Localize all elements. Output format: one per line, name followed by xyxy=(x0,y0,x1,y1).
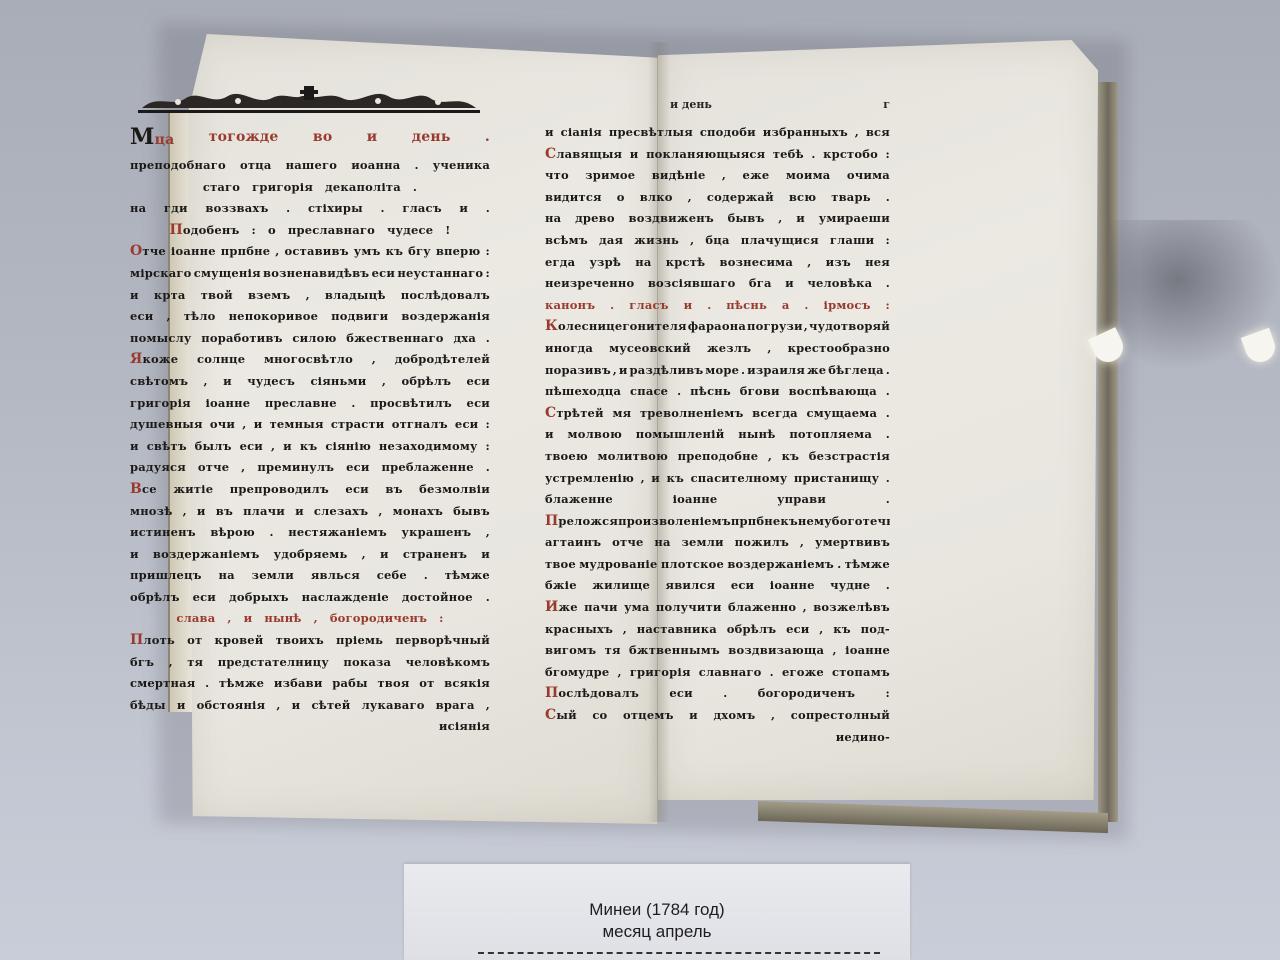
word: . xyxy=(886,403,890,425)
word: . xyxy=(811,144,815,166)
text-line: еси,тѣлонепокоривоеподвигивоздержанія xyxy=(130,306,490,328)
word: : xyxy=(486,263,490,285)
text-line: Колесницегонителяфараонапогрузи,чудотвор… xyxy=(545,316,890,338)
text-line: иногдамусеовскийжезлъ,крестообразно xyxy=(545,338,890,360)
word: явился xyxy=(666,575,716,597)
word: пресвѣтлыя xyxy=(609,122,693,144)
text-line: Канонъ.гласъи.Пѣсньа.ірмосъ: xyxy=(545,295,890,317)
text-line: Всежитіепрепроводилъесивъбезмолвіи xyxy=(130,479,490,501)
word: житіе xyxy=(173,479,213,501)
word: море xyxy=(705,360,739,382)
word: Крстобо xyxy=(823,144,878,166)
word: содержай xyxy=(707,187,774,209)
word: темныя xyxy=(270,414,324,436)
word: неустаннаго xyxy=(397,263,483,285)
word: . xyxy=(886,424,890,446)
word: обстоянія xyxy=(197,695,266,717)
word: богородиченъ xyxy=(330,608,427,630)
word: вперю xyxy=(436,241,481,263)
word: Мца xyxy=(130,122,174,155)
word: ірмосъ xyxy=(824,295,871,317)
word: отче xyxy=(198,457,229,479)
word: чудне xyxy=(830,575,870,597)
word: іоанне xyxy=(171,241,216,263)
word: , xyxy=(275,241,279,263)
word: плачи xyxy=(243,501,285,523)
word: преславнаго xyxy=(288,220,375,242)
word: славящыя xyxy=(545,144,622,166)
word: врага xyxy=(436,695,475,717)
word: и xyxy=(283,436,292,458)
word: и xyxy=(481,544,490,566)
word: незаходимому xyxy=(379,436,478,458)
word: сіянію xyxy=(325,436,371,458)
word: и xyxy=(836,727,845,749)
word: получити xyxy=(656,597,722,619)
word: жезлъ xyxy=(707,338,751,360)
word: помышленій xyxy=(636,424,725,446)
text-line: Мцатогождевоидень. xyxy=(130,122,490,155)
word: стіхиры xyxy=(308,198,363,220)
word: вигомъ xyxy=(545,640,596,662)
word: . xyxy=(707,295,711,317)
text-line: Подобенъ:Опреславнагочудесе! xyxy=(130,220,490,242)
word: Пѣснь xyxy=(726,295,767,317)
folio-number: г xyxy=(883,98,890,111)
word: прпбне xyxy=(731,511,780,533)
word: возсіявшаго xyxy=(648,273,736,295)
word: стаго xyxy=(203,177,240,199)
word: . xyxy=(205,673,209,695)
word: радуяся xyxy=(130,457,186,479)
word: многосвѣтло xyxy=(264,349,353,371)
text-line: надревовоздвиженъбывъ,иумираеши xyxy=(545,208,890,230)
word: и xyxy=(651,468,660,490)
word: неизреченно xyxy=(545,273,634,295)
text-line: исіянія xyxy=(130,716,490,738)
word: Иже xyxy=(545,597,578,619)
word: и xyxy=(130,544,139,566)
word: бывъ xyxy=(728,208,765,230)
word: : xyxy=(485,241,489,263)
word: Подобенъ xyxy=(169,220,239,242)
word: погрузи xyxy=(747,316,803,338)
word: бѣглеца xyxy=(828,360,884,382)
word: твоя xyxy=(377,673,409,695)
word: твое xyxy=(545,554,576,576)
word: владыцѣ xyxy=(325,285,386,307)
word: видится xyxy=(545,187,602,209)
word: стопамъ xyxy=(832,662,890,684)
word: : xyxy=(439,608,443,630)
word: и xyxy=(295,501,304,523)
word: всѣмъ xyxy=(545,230,588,252)
word: покланяющыяся xyxy=(646,144,765,166)
text-line: поразивъ,ираздѣливъморе.израиляжебѣглеца… xyxy=(545,360,890,382)
word: слезахъ xyxy=(314,501,368,523)
word: рабы xyxy=(332,673,368,695)
word: предстателницу xyxy=(218,652,329,674)
word: гласъ xyxy=(629,295,668,317)
word: и xyxy=(367,122,378,155)
word: . xyxy=(677,381,681,403)
word: потопляема xyxy=(789,424,872,446)
word: сіяньми xyxy=(310,371,366,393)
word: . xyxy=(486,328,490,350)
word: мірскаго xyxy=(130,263,191,285)
text-line: твоемудрованіеплотскоевоздержаніемъ.тѣмж… xyxy=(545,554,890,576)
word: декаполіта xyxy=(325,177,401,199)
word: душевныя xyxy=(130,414,203,436)
word: преподобне xyxy=(678,446,759,468)
word: , xyxy=(306,285,310,307)
word: Преподобнаго xyxy=(130,155,226,177)
word: еси xyxy=(346,457,369,479)
word: , xyxy=(169,652,173,674)
word: возжелѣвъ xyxy=(813,597,890,619)
word: . xyxy=(380,198,384,220)
text-line: ивоздержаніемъудобряемь,истраненъи xyxy=(130,544,490,566)
word: , xyxy=(617,662,621,684)
word: къ xyxy=(833,619,851,641)
text-line: вигомътябжтвеннымъвоздвизающа,іоанне xyxy=(545,640,890,662)
text-line: Якожесолнцемногосвѣтло,добродѣтелей xyxy=(130,349,490,371)
text-line: бжіежилищеявилсяесиіоаннечудне. xyxy=(545,575,890,597)
word: узрѣ xyxy=(589,252,621,274)
word: послѣдовалъ xyxy=(545,683,639,705)
word: а xyxy=(782,295,790,317)
word: блаженно xyxy=(728,597,796,619)
word: отцемъ xyxy=(623,705,674,727)
word: умираеши xyxy=(819,208,890,230)
word: Все xyxy=(130,479,157,501)
word: еси xyxy=(731,575,754,597)
word: Богородиченъ xyxy=(758,683,855,705)
word: на xyxy=(545,208,561,230)
word: фараона xyxy=(688,316,746,338)
word: , xyxy=(804,316,808,338)
word: ! xyxy=(445,220,450,242)
text-line: пришлецъназемлиявльсясебе.тѣмже xyxy=(130,565,490,587)
word: еси xyxy=(786,619,809,641)
word: обрѣлъ xyxy=(402,371,452,393)
word: , xyxy=(768,446,772,468)
word: земли xyxy=(252,565,294,587)
word: еси xyxy=(345,479,368,501)
word: преминулъ xyxy=(257,457,334,479)
word: сіанія xyxy=(561,122,602,144)
word: іоанне xyxy=(770,575,815,597)
word: воспѣвающа xyxy=(789,381,877,403)
word: израиля xyxy=(747,360,805,382)
word: бжественнаго xyxy=(346,328,443,350)
text-line: блаженнеіоаннеуправи. xyxy=(545,489,890,511)
word: очима xyxy=(847,165,890,187)
word: , xyxy=(807,252,811,274)
word: . xyxy=(886,187,890,209)
word: препроводилъ xyxy=(230,479,329,501)
word: , xyxy=(688,187,692,209)
word: возненавидѣвъ xyxy=(263,263,369,285)
page-edges-right xyxy=(1098,82,1118,822)
word: свѣтъ xyxy=(147,436,187,458)
word: и xyxy=(244,608,253,630)
word: силою xyxy=(292,328,336,350)
word: , xyxy=(204,371,208,393)
word: добрыхъ xyxy=(229,587,289,609)
word: же xyxy=(807,360,826,382)
word: Плоть xyxy=(130,630,175,652)
word: : xyxy=(252,220,256,242)
word: спасе xyxy=(630,381,668,403)
word: отче xyxy=(612,532,643,554)
text-line: Чтозримоевидѣніе,ежемоимаочима xyxy=(545,165,890,187)
word: бгу xyxy=(408,241,431,263)
word: сподоби xyxy=(700,122,756,144)
word: от xyxy=(187,630,202,652)
word: перворѣчный xyxy=(395,630,490,652)
word: воздержаніемъ xyxy=(727,554,834,576)
dashed-rule xyxy=(478,952,880,954)
word: . xyxy=(486,587,490,609)
word: избранныхъ xyxy=(763,122,848,144)
text-line: Ижепачиумаполучитиблаженно,возжелѣвъ xyxy=(545,597,890,619)
word: умертвивъ xyxy=(815,532,890,554)
word: лукаваго xyxy=(362,695,425,717)
word: человѣкомъ xyxy=(406,652,490,674)
word: въ xyxy=(385,479,402,501)
word: нынѣ xyxy=(264,608,301,630)
word: , xyxy=(241,457,245,479)
word: на xyxy=(654,532,670,554)
word: иногда xyxy=(545,338,593,360)
word: Что xyxy=(545,165,569,187)
word: и xyxy=(684,295,693,317)
word: къ xyxy=(780,511,798,533)
text-line: радуясяотче,преминулъесипреблаженне. xyxy=(130,457,490,479)
word: тѣмже xyxy=(219,673,264,695)
word: и xyxy=(785,273,794,295)
text-line: стагогригоріядекаполіта. xyxy=(130,177,490,199)
word: вознесима xyxy=(720,252,794,274)
word: . xyxy=(886,489,890,511)
text-line: обрѣлъесидобрыхънаслажденіедостойное. xyxy=(130,587,490,609)
text-line: бгъ,тяпредстателницупоказачеловѣкомъ xyxy=(130,652,490,674)
word: , xyxy=(800,532,804,554)
word: и xyxy=(459,198,468,220)
word: еси xyxy=(130,306,153,328)
text-line: устремленію,икъспасителномупристанищу. xyxy=(545,468,890,490)
word: бга xyxy=(749,273,772,295)
word: спасителному xyxy=(691,468,788,490)
word: истиненъ xyxy=(130,522,196,544)
text-line: послѣдовалъеси.Богородиченъ: xyxy=(545,683,890,705)
word: : xyxy=(486,414,490,436)
word: подвиги xyxy=(331,306,388,328)
word: егда xyxy=(545,252,575,274)
word: воззвахъ xyxy=(205,198,268,220)
word: . xyxy=(485,122,490,155)
word: воздержаніемъ xyxy=(153,544,260,566)
word: : xyxy=(486,436,490,458)
word: человѣка xyxy=(807,273,872,295)
word: глаши xyxy=(830,230,875,252)
word: и xyxy=(254,414,263,436)
word: , xyxy=(271,436,275,458)
word: , xyxy=(690,230,694,252)
word: едино- xyxy=(844,727,890,749)
word: дая xyxy=(599,230,623,252)
text-line: мірскагосмущеніявозненавидѣвъесинеустанн… xyxy=(130,263,490,285)
word: . xyxy=(886,360,890,382)
word: . xyxy=(804,295,808,317)
text-line: икртатвойвземъ,владыцѣпослѣдовалъ xyxy=(130,285,490,307)
text-line: НаГдивоззвахъ.стіхиры.гласъи. xyxy=(130,198,490,220)
word: крстѣ xyxy=(666,252,706,274)
word: , xyxy=(641,468,645,490)
word: . xyxy=(413,177,417,199)
word: Отче xyxy=(130,241,166,263)
word: безмолвіи xyxy=(419,479,490,501)
word: еси xyxy=(669,683,692,705)
word: агтаинъ xyxy=(545,532,601,554)
word: . xyxy=(610,295,614,317)
word: воздвиженъ xyxy=(629,208,714,230)
word: и xyxy=(197,501,206,523)
word: , xyxy=(372,349,376,371)
text-line: твоеюмолитвоюпреподобне,къбезстрастія xyxy=(545,446,890,468)
word: всю xyxy=(789,187,816,209)
word: наслажденіе xyxy=(302,587,389,609)
word: тварь xyxy=(831,187,870,209)
word: , xyxy=(833,640,837,662)
word: нему xyxy=(798,511,832,533)
word: смертная xyxy=(130,673,195,695)
word: древо xyxy=(575,208,615,230)
word: , xyxy=(486,522,490,544)
word: блаженне xyxy=(545,489,613,511)
word: твоею xyxy=(545,446,588,468)
text-line: бгомудре,григоріяславнаго.егожестопамъ xyxy=(545,662,890,684)
word: чудесъ xyxy=(247,371,295,393)
word: явлься xyxy=(311,565,360,587)
word: . xyxy=(886,273,890,295)
text-line: видитсяовлко,содержайвсютварь. xyxy=(545,187,890,209)
word: свѣтомъ xyxy=(130,371,188,393)
text-line: егдаузрѣнакрстѣвознесима,изънея xyxy=(545,252,890,274)
word: устремленію xyxy=(545,468,634,490)
word: , xyxy=(613,360,617,382)
word: еси xyxy=(455,414,478,436)
word: послѣдовалъ xyxy=(401,285,490,307)
word: сѣтей xyxy=(311,695,350,717)
word: чудотворяй xyxy=(809,316,890,338)
text-line: Преподобнагоотцанашегоиоанна.ученика xyxy=(130,155,490,177)
word: и xyxy=(380,544,389,566)
word: влко xyxy=(640,187,673,209)
word: . xyxy=(886,381,890,403)
word: . xyxy=(886,468,890,490)
text-line: Стрѣтеймятреволненіемъвсегдасмущаема. xyxy=(545,403,890,425)
word: тѣмже xyxy=(445,565,490,587)
word: Стрѣтей xyxy=(545,403,604,425)
exhibit-title: Минеи (1784 год) xyxy=(404,900,910,920)
exhibit-label-card: Минеи (1784 год) месяц апрель xyxy=(404,864,910,960)
word: бѣды xyxy=(130,695,166,717)
word: украшенъ xyxy=(402,522,472,544)
word: поработивъ xyxy=(201,328,282,350)
word: Колесницегонителя xyxy=(545,316,687,338)
text-line: красныхъ,наставникаобрѣлъеси,къпод- xyxy=(545,619,890,641)
word: На xyxy=(130,198,146,220)
word: очи xyxy=(210,414,235,436)
word: себе xyxy=(377,565,407,587)
word: и xyxy=(439,716,448,738)
word: управи xyxy=(777,489,826,511)
word: , xyxy=(623,619,627,641)
word: , xyxy=(183,501,187,523)
word: , xyxy=(855,122,859,144)
word: со xyxy=(592,705,607,727)
word: пачи xyxy=(584,597,618,619)
word: бца xyxy=(705,230,729,252)
word: еси xyxy=(372,263,395,285)
word: отца xyxy=(240,155,272,177)
word: преблаженне xyxy=(382,457,474,479)
word: на xyxy=(635,252,651,274)
word: мудрованіе xyxy=(579,554,657,576)
word: произволеніемъ xyxy=(618,511,731,533)
word: . xyxy=(770,662,774,684)
word: . xyxy=(486,457,490,479)
word: обрѣлъ xyxy=(130,587,180,609)
text-line: исіаніяпресвѣтлыясподобиизбранныхъ,вся xyxy=(545,122,890,144)
word: пѣснь xyxy=(690,381,731,403)
word: страненъ xyxy=(403,544,467,566)
word: монахъ xyxy=(393,501,443,523)
word: плачущися xyxy=(741,230,819,252)
word: Якоже xyxy=(130,349,178,371)
word: день xyxy=(412,122,451,155)
word: , xyxy=(378,501,382,523)
word: наставника xyxy=(637,619,717,641)
word: безстрастія xyxy=(809,446,890,468)
word: и xyxy=(545,122,554,144)
word: тѣло xyxy=(184,306,216,328)
word: солнце xyxy=(197,349,245,371)
word: нынѣ xyxy=(738,424,775,446)
word: ума xyxy=(624,597,649,619)
word: . xyxy=(414,155,418,177)
word: мнозѣ xyxy=(130,501,173,523)
word: дхомъ xyxy=(713,705,755,727)
word: О xyxy=(268,220,276,242)
word: еси xyxy=(467,371,490,393)
text-line: григоріяіоаннепреславне.просвѣтилъеси xyxy=(130,393,490,415)
word: , xyxy=(803,597,807,619)
word: умъ xyxy=(354,241,381,263)
word: добродѣтелей xyxy=(395,349,490,371)
word: Канонъ xyxy=(545,295,595,317)
word: избави xyxy=(274,673,323,695)
museum-display-scene: Мцатогождевоидень.Преподобнагоотцанашего… xyxy=(0,0,1280,960)
word: воздержанія xyxy=(401,306,490,328)
word: . xyxy=(269,522,273,544)
text-line: неизреченновозсіявшагобгаичеловѣка. xyxy=(545,273,890,295)
word: крта xyxy=(154,285,186,307)
word: еси xyxy=(193,587,216,609)
word: показа xyxy=(343,652,391,674)
